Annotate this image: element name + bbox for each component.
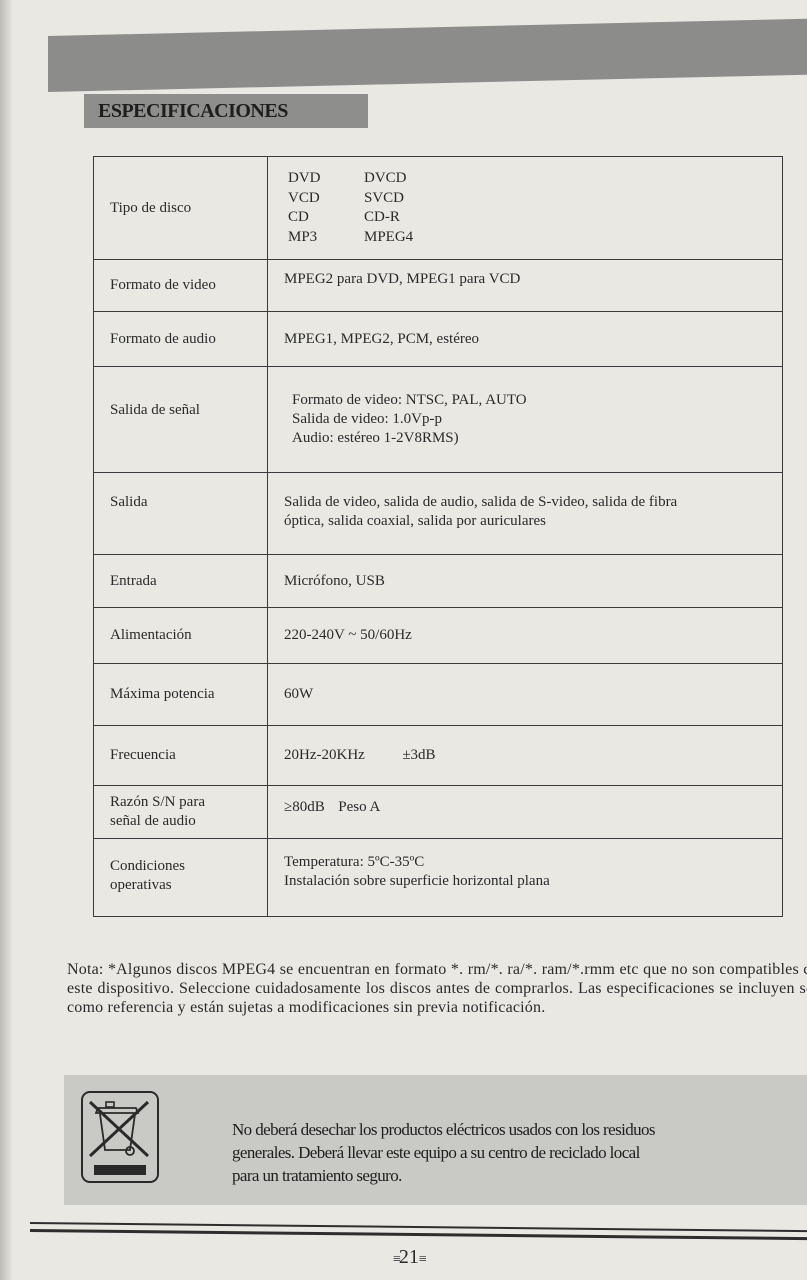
spec-label: Salida de señal <box>94 367 268 473</box>
disc-type-list: DVD DVCD VCD SVCD CD CD-R MP3 MPEG4 <box>284 169 770 247</box>
spec-label: Condiciones operativas <box>94 839 268 917</box>
spec-value: Temperatura: 5ºC-35ºC Instalación sobre … <box>268 839 783 917</box>
page-edge <box>0 0 12 1280</box>
recycling-notice: No deberá desechar los productos eléctri… <box>64 1075 807 1205</box>
disc-type: VCD <box>288 189 364 209</box>
snr-value: ≥80dB <box>284 799 325 815</box>
section-title: ESPECIFICACIONES <box>84 94 368 128</box>
recycling-text: No deberá desechar los productos eléctri… <box>232 1118 752 1187</box>
spec-label: Formato de audio <box>94 312 268 367</box>
spec-value: Micrófono, USB <box>268 555 783 608</box>
disc-type: DVD <box>288 169 364 189</box>
label-line: operativas <box>110 876 255 895</box>
spec-label: Tipo de disco <box>94 157 268 260</box>
table-row: Formato de audio MPEG1, MPEG2, PCM, esté… <box>94 312 783 367</box>
header-band <box>48 18 807 92</box>
spec-label: Salida <box>94 473 268 555</box>
table-row: Condiciones operativas Temperatura: 5ºC-… <box>94 839 783 917</box>
table-row: Entrada Micrófono, USB <box>94 555 783 608</box>
spec-line: Salida de video, salida de audio, salida… <box>284 493 770 512</box>
spec-label: Frecuencia <box>94 726 268 786</box>
crossed-out-wheelie-bin-icon <box>80 1090 160 1184</box>
spec-line: Audio: estéreo 1-2V8RMS) <box>292 429 770 448</box>
disc-type: MPEG4 <box>364 228 770 248</box>
table-row: Alimentación 220-240V ~ 50/60Hz <box>94 608 783 664</box>
spec-value: 60W <box>268 664 783 726</box>
disc-type: SVCD <box>364 189 770 209</box>
disc-type: CD-R <box>364 208 770 228</box>
spec-label: Formato de video <box>94 260 268 312</box>
spec-value: 20Hz-20KHz ±3dB <box>268 726 783 786</box>
spec-value: DVD DVCD VCD SVCD CD CD-R MP3 MPEG4 <box>268 157 783 260</box>
recycling-line: generales. Deberá llevar este equipo a s… <box>232 1141 752 1164</box>
spec-value: Formato de video: NTSC, PAL, AUTO Salida… <box>268 367 783 473</box>
spec-value: MPEG1, MPEG2, PCM, estéreo <box>268 312 783 367</box>
spec-value: 220-240V ~ 50/60Hz <box>268 608 783 664</box>
label-line: Razón S/N para <box>110 793 255 812</box>
page-number-ornament: ≡ <box>419 1252 425 1267</box>
disc-type: MP3 <box>288 228 364 248</box>
frequency-range: 20Hz-20KHz <box>284 747 365 763</box>
table-row: Salida Salida de video, salida de audio,… <box>94 473 783 555</box>
table-row: Frecuencia 20Hz-20KHz ±3dB <box>94 726 783 786</box>
page-number: ≡21≡ <box>393 1246 425 1269</box>
spec-line: óptica, salida coaxial, salida por auric… <box>284 512 770 531</box>
spec-value: Salida de video, salida de audio, salida… <box>268 473 783 555</box>
table-row: Salida de señal Formato de video: NTSC, … <box>94 367 783 473</box>
disc-type: DVCD <box>364 169 770 189</box>
spec-label: Máxima potencia <box>94 664 268 726</box>
recycling-line: No deberá desechar los productos eléctri… <box>232 1118 752 1141</box>
note-text: Nota: *Algunos discos MPEG4 se encuentra… <box>67 960 807 1017</box>
spec-label: Alimentación <box>94 608 268 664</box>
disc-type: CD <box>288 208 364 228</box>
spec-line: Temperatura: 5ºC-35ºC <box>284 853 770 872</box>
spec-value: ≥80dB Peso A <box>268 786 783 839</box>
spec-label: Razón S/N para señal de audio <box>94 786 268 839</box>
page-number-value: 21 <box>399 1246 419 1268</box>
snr-weighting: Peso A <box>338 799 380 815</box>
table-row: Formato de video MPEG2 para DVD, MPEG1 p… <box>94 260 783 312</box>
table-row: Tipo de disco DVD DVCD VCD SVCD CD CD-R … <box>94 157 783 260</box>
spec-value: MPEG2 para DVD, MPEG1 para VCD <box>268 260 783 312</box>
spec-line: Instalación sobre superficie horizontal … <box>284 872 770 891</box>
specifications-table: Tipo de disco DVD DVCD VCD SVCD CD CD-R … <box>93 156 783 917</box>
label-line: Condiciones <box>110 857 255 876</box>
recycling-line: para un tratamiento seguro. <box>232 1164 752 1187</box>
frequency-tolerance: ±3dB <box>402 747 435 763</box>
spec-line: Formato de video: NTSC, PAL, AUTO <box>292 391 770 410</box>
table-row: Máxima potencia 60W <box>94 664 783 726</box>
spec-line: Salida de video: 1.0Vp-p <box>292 410 770 429</box>
label-line: señal de audio <box>110 812 255 831</box>
table-row: Razón S/N para señal de audio ≥80dB Peso… <box>94 786 783 839</box>
spec-label: Entrada <box>94 555 268 608</box>
